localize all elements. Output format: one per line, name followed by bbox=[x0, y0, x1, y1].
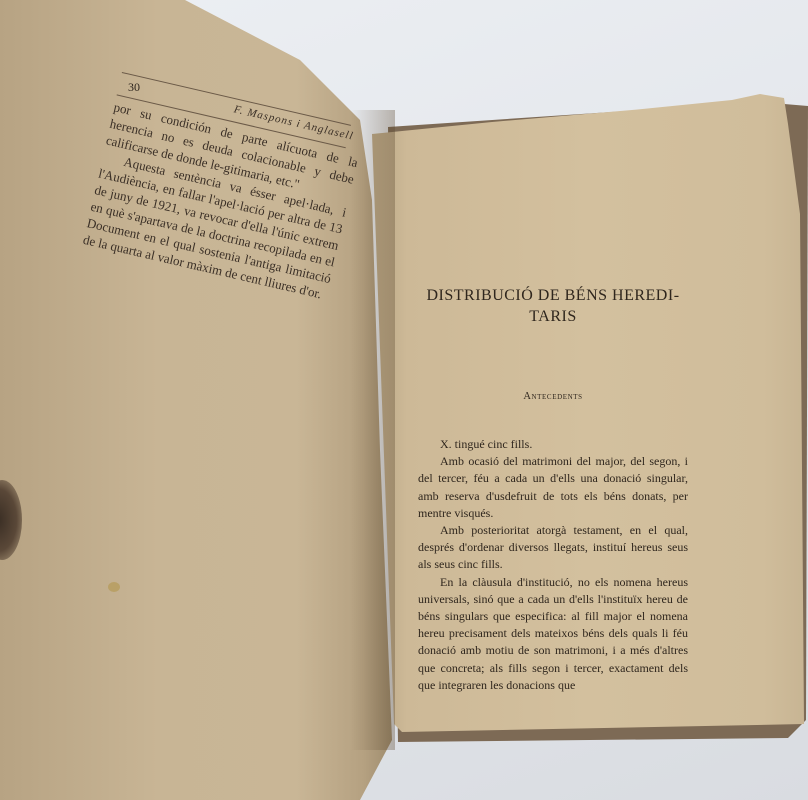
chapter-title-line-2: TARIS bbox=[529, 308, 576, 325]
paper-stain bbox=[108, 582, 120, 592]
right-paragraph: Amb ocasió del matrimoni del major, del … bbox=[418, 453, 688, 522]
page-number: 30 bbox=[128, 80, 140, 95]
chapter-title: DISTRIBUCIÓ DE BÉNS HEREDI- TARIS bbox=[418, 285, 688, 327]
right-paragraph: Amb posterioritat atorgà testament, en e… bbox=[418, 522, 688, 574]
right-page-text-block: DISTRIBUCIÓ DE BÉNS HEREDI- TARIS Antece… bbox=[418, 285, 688, 694]
section-title: Antecedents bbox=[418, 391, 688, 402]
right-paragraph: En la clàusula d'institució, no els nome… bbox=[418, 574, 688, 694]
right-paragraph: X. tingué cinc fills. bbox=[418, 436, 688, 453]
right-page-body: X. tingué cinc fills. Amb ocasió del mat… bbox=[418, 436, 688, 694]
spine-shadow bbox=[350, 110, 395, 750]
chapter-title-line-1: DISTRIBUCIÓ DE BÉNS HEREDI- bbox=[426, 287, 679, 304]
